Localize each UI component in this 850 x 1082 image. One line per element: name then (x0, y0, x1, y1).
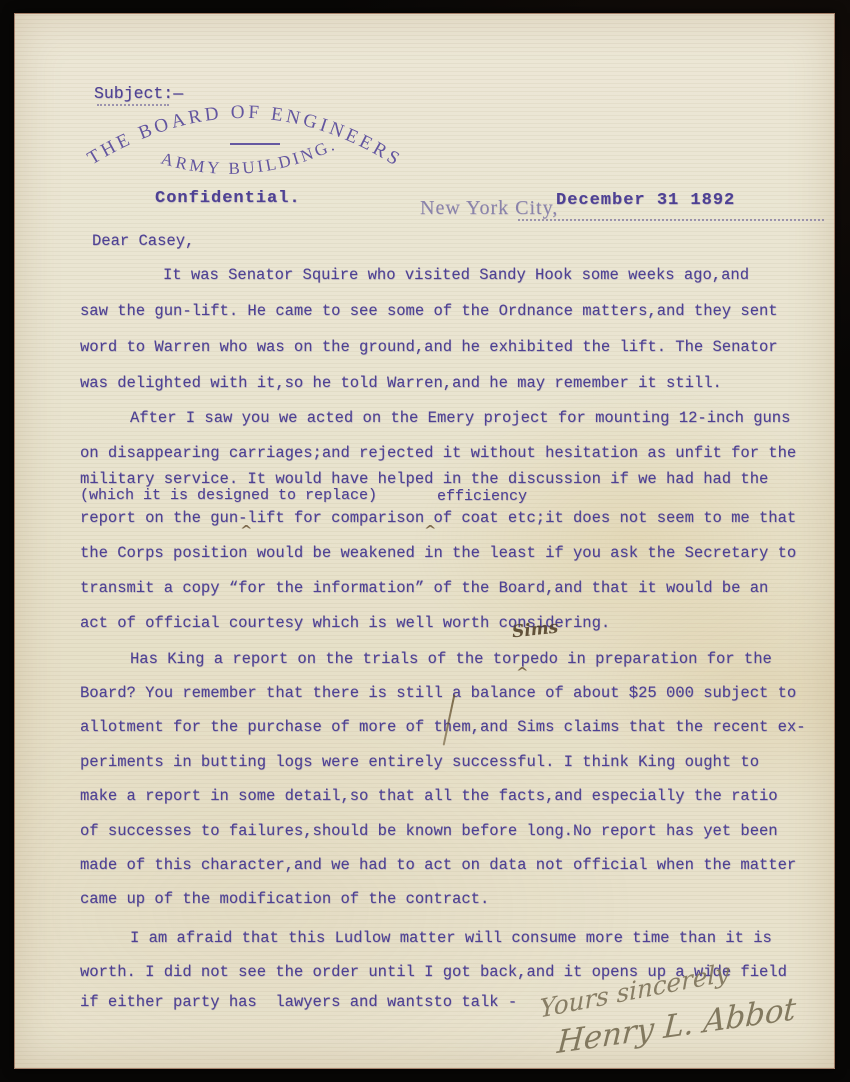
typed-line: on disappearing carriages;and rejected i… (80, 444, 796, 462)
board-of-engineers-stamp: THE BOARD OF ENGINEERS, ARMY BUILDING. (82, 103, 412, 203)
typed-line: Board? You remember that there is still … (80, 684, 796, 702)
typed-line: periments in butting logs were entirely … (80, 753, 759, 771)
interlinear-insertion-replace: (which it is designed to replace) (80, 487, 377, 505)
typed-line: report on the gun-lift for comparison of… (80, 509, 796, 527)
typed-line: After I saw you we acted on the Emery pr… (130, 409, 790, 427)
salutation: Dear Casey, (92, 232, 194, 250)
typed-line: word to Warren who was on the ground,and… (80, 338, 778, 356)
dateline-dotted-rule (518, 219, 824, 221)
pen-caret-mark: ^ (516, 664, 529, 679)
typed-line: I am afraid that this Ludlow matter will… (130, 929, 772, 947)
dateline-place: New York City, (420, 197, 558, 220)
typed-line: Has King a report on the trials of the t… (130, 650, 772, 668)
typed-line: It was Senator Squire who visited Sandy … (163, 266, 749, 284)
typed-line: made of this character,and we had to act… (80, 856, 796, 874)
typed-line: the Corps position would be weakened in … (80, 544, 796, 562)
dateline-date: December 31 1892 (556, 191, 735, 210)
typed-line: make a report in some detail,so that all… (80, 787, 778, 805)
confidential-label: Confidential. (155, 189, 301, 208)
svg-text:ARMY BUILDING.: ARMY BUILDING. (159, 134, 340, 178)
typed-line: if either party has lawyers and wantsto … (80, 993, 517, 1011)
stamp-arc-bottom-text: ARMY BUILDING. (159, 134, 340, 178)
interlinear-insertion-efficiency: efficiency (437, 488, 527, 506)
typed-line: saw the gun-lift. He came to see some of… (80, 302, 778, 320)
typed-line: military service. It would have helped i… (80, 470, 768, 488)
typed-line: transmit a copy “for the information” of… (80, 579, 768, 597)
pen-caret-mark: ^ (240, 522, 253, 537)
typed-line: allotment for the purchase of more of th… (80, 718, 806, 736)
typed-line: of successes to failures,should be known… (80, 822, 778, 840)
subject-label: Subject:— (94, 84, 183, 103)
typed-line: came up of the modification of the contr… (80, 890, 489, 908)
pen-caret-mark: ^ (424, 522, 437, 537)
typed-line: was delighted with it,so he told Warren,… (80, 374, 722, 392)
